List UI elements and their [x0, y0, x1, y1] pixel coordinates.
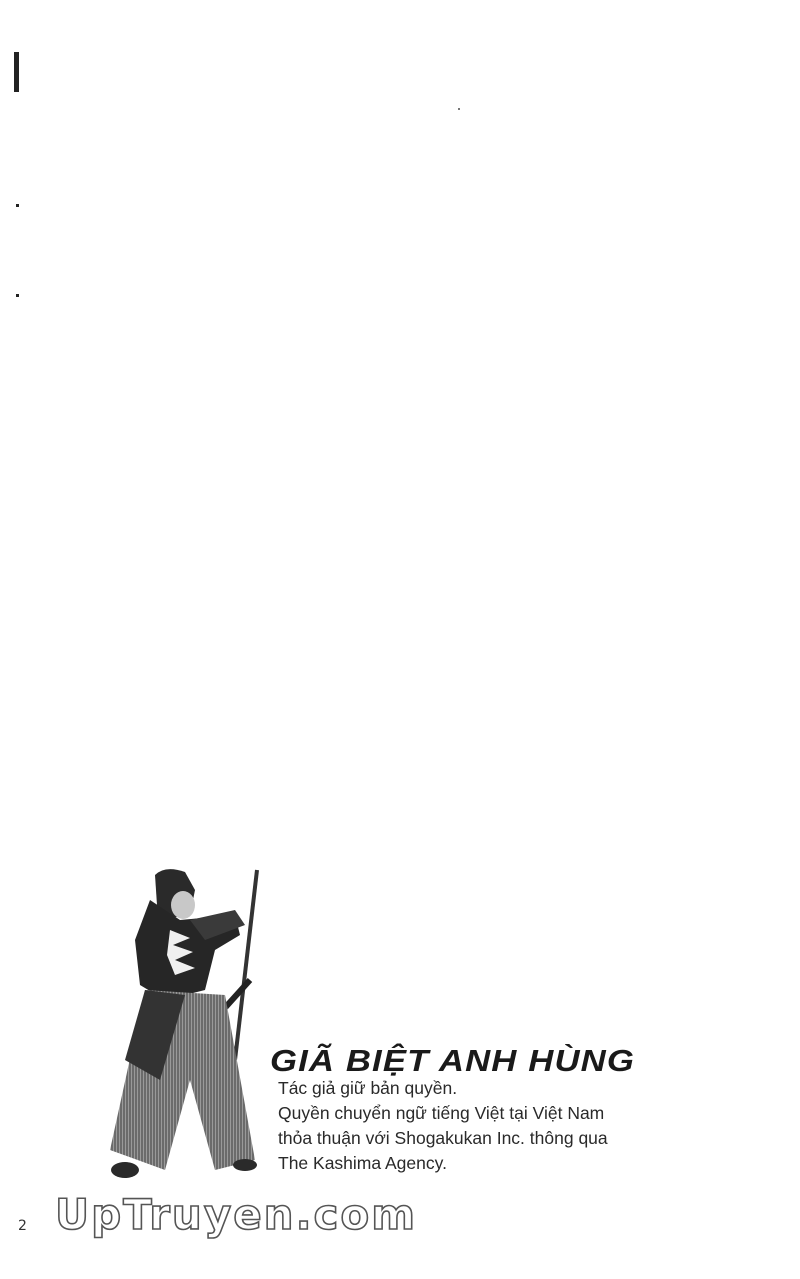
- scan-artifact: [16, 294, 19, 297]
- watermark-logo: UpTruyen.com: [55, 1190, 417, 1239]
- scan-artifact: [16, 204, 19, 207]
- page-number: 2: [18, 1218, 27, 1234]
- copyright-line-2: Quyền chuyển ngữ tiếng Việt tại Việt Nam: [278, 1103, 604, 1124]
- copyright-line-3: thỏa thuận với Shogakukan Inc. thông qua: [278, 1128, 608, 1149]
- copyright-line-1: Tác giả giữ bản quyền.: [278, 1078, 457, 1099]
- samurai-figure-illustration: [95, 860, 270, 1190]
- scan-artifact: [458, 108, 460, 110]
- manga-title: GIÃ BIỆT ANH HÙNG: [270, 1043, 635, 1079]
- copyright-line-4: The Kashima Agency.: [278, 1153, 447, 1174]
- scan-artifact: [14, 52, 19, 92]
